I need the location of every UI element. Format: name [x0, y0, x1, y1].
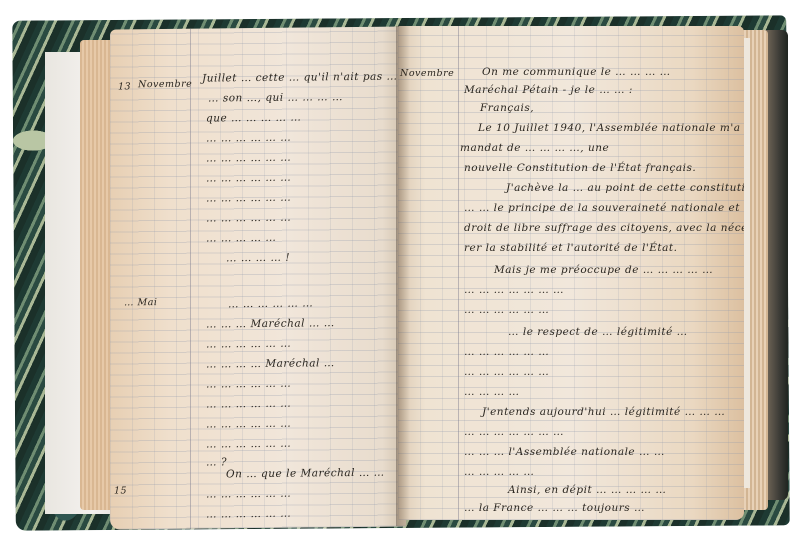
handwritten-line: … … … Maréchal … … — [206, 317, 335, 330]
handwritten-line: que … … … … … — [206, 112, 301, 125]
handwritten-line: … … … … … … — [206, 132, 291, 145]
handwritten-line: droit de libre suffrage des citoyens, av… — [464, 222, 744, 234]
handwritten-line: … … … … … … … — [464, 284, 564, 296]
handwritten-line: … … … … … … — [206, 212, 291, 225]
handwritten-line: Maréchal Pétain - je le … … : — [464, 84, 633, 96]
handwritten-line: rer la stabilité et l'autorité de l'État… — [464, 242, 677, 254]
handwritten-line: On me communique le … … … … — [482, 66, 671, 78]
handwritten-line: … … … … … … — [464, 366, 549, 378]
handwritten-line: … … … … … … — [206, 152, 291, 165]
handwritten-line: Mais je me préoccupe de … … … … … — [494, 264, 713, 276]
handwritten-line: … … … … … … … — [464, 426, 564, 438]
handwritten-line: Français, — [480, 102, 534, 114]
margin-number: 13 — [118, 81, 131, 92]
handwritten-line: Le 10 Juillet 1940, l'Assemblée national… — [478, 122, 744, 134]
handwritten-line: … … le principe de la souveraineté natio… — [464, 202, 744, 214]
handwritten-line: … … … … — [464, 386, 520, 398]
handwritten-line: … ? — [206, 456, 227, 468]
handwritten-line: … … … … … — [206, 232, 276, 245]
handwritten-line: … … … … … … — [206, 172, 291, 185]
handwritten-line: … … … … … … — [206, 192, 291, 205]
margin-number: 15 — [114, 485, 127, 496]
handwritten-line: J'entends aujourd'hui … légitimité … … … — [482, 406, 725, 418]
handwritten-line: On … que le Maréchal … … — [226, 467, 385, 481]
handwritten-line: … … … … … … — [464, 346, 549, 358]
handwritten-line: … … … … … — [464, 466, 534, 478]
handwritten-line: … … … … … … — [206, 488, 291, 501]
handwritten-line: Juillet … cette … qu'il n'ait pas … — [202, 71, 398, 85]
right-page: Novembre On me communique le … … … … Mar… — [398, 26, 744, 520]
handwritten-line: … … … … … … — [228, 297, 313, 310]
margin-date: … Mai — [124, 297, 157, 308]
handwritten-line: … … … … ! — [226, 252, 290, 265]
handwritten-line: … … … … … … — [464, 304, 549, 316]
handwritten-line: … … … … … … — [206, 418, 291, 431]
left-page: 13 Novembre Juillet … cette … qu'il n'ai… — [110, 26, 406, 529]
handwritten-line: … … … l'Assemblée nationale … … — [464, 446, 665, 458]
handwritten-line: mandat de … … … …, une — [460, 142, 609, 154]
handwritten-line: … … … … … … — [206, 378, 291, 391]
handwritten-line: nouvelle Constitution de l'État français… — [464, 162, 696, 174]
margin-line — [458, 26, 459, 520]
handwritten-line: … la France … … … toujours … — [464, 502, 645, 514]
handwritten-line: J'achève la … au point de cette constitu… — [506, 182, 744, 194]
handwritten-line: … … … … Maréchal … — [206, 357, 335, 370]
margin-date: Novembre — [138, 79, 192, 91]
handwritten-line: … … … … … … — [206, 508, 291, 521]
handwritten-line: … le respect de … légitimité … — [508, 326, 688, 338]
margin-line — [190, 29, 191, 529]
handwritten-line: … … … … … … — [206, 398, 291, 411]
notebook-photo: 13 Novembre Juillet … cette … qu'il n'ai… — [0, 0, 800, 558]
handwritten-line: Ainsi, en dépit … … … … … — [508, 484, 666, 496]
handwritten-line: … … … … … … — [206, 438, 291, 451]
handwritten-line: … … … … … … — [206, 338, 291, 351]
gutter-shadow — [396, 26, 410, 526]
handwritten-line: … son …, qui … … … … — [208, 91, 343, 104]
